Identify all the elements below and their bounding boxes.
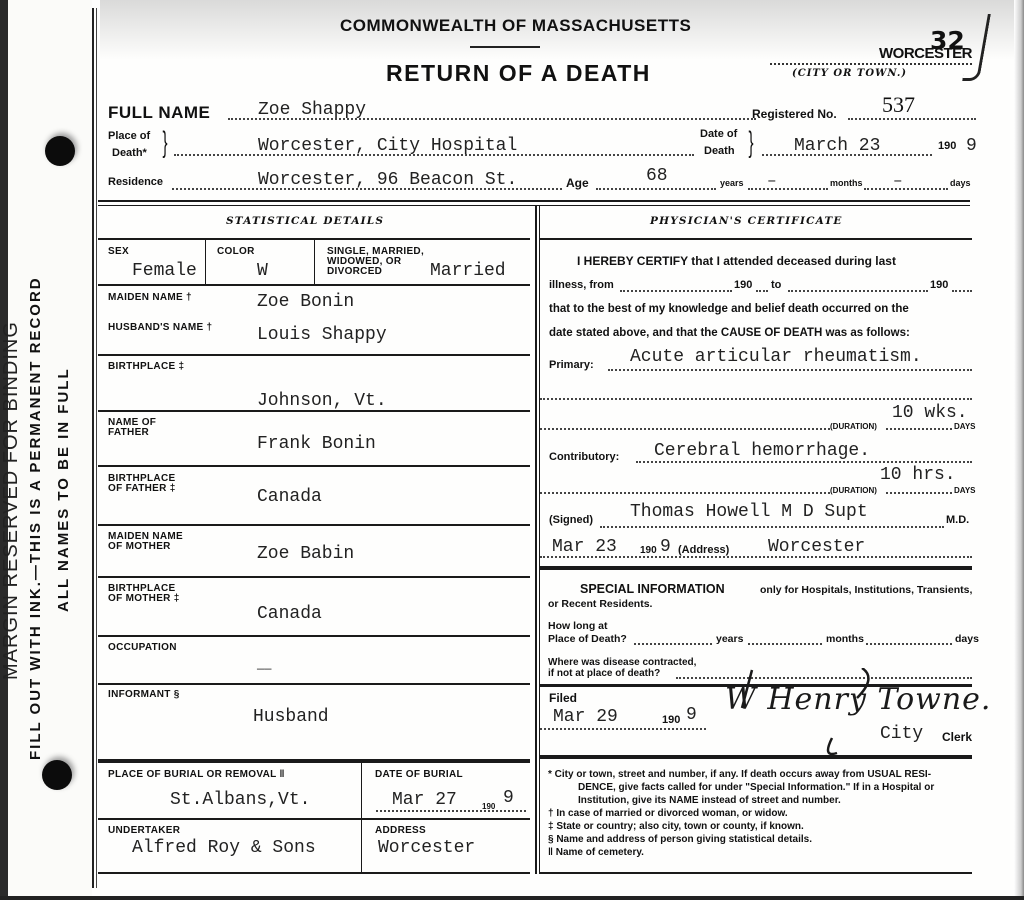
birthplace-value: Johnson, Vt. (257, 391, 387, 411)
years-label: years (720, 178, 744, 188)
marital-status-value: Married (430, 261, 506, 281)
instruction-names: ALL NAMES TO BE IN FULL (55, 367, 72, 612)
registered-no-dotted-line (848, 118, 976, 120)
how-long-months-dotted-line (748, 643, 822, 645)
burial-date-value: Mar 27 (392, 790, 457, 810)
footnote-parallel: ‖ Name of cemetery. (548, 846, 988, 859)
burial-place-value: St.Albans,Vt. (170, 790, 310, 810)
how-long-days-label: days (955, 633, 979, 645)
date-of-death-value: March 23 (794, 136, 880, 156)
how-long-years-label: years (716, 633, 743, 645)
how-long-label: How long at (548, 620, 608, 632)
column-divider-2 (539, 206, 540, 874)
date-of-death-label: Date of (700, 128, 737, 140)
filed-dotted-line (540, 728, 706, 730)
footnote-star-cont: DENCE, give facts called for under "Spec… (548, 781, 988, 794)
physician-address-label: (Address) (678, 544, 729, 556)
cell-divider (205, 240, 206, 284)
illness-from-dotted-line (620, 290, 732, 292)
burial-place-label: PLACE OF BURIAL OR REMOVAL ‖ (108, 770, 285, 780)
statistical-details-title: STATISTICAL DETAILS (226, 215, 384, 227)
thick-rule (98, 759, 530, 763)
maiden-name-label: MAIDEN NAME † (108, 293, 192, 303)
residence-label: Residence (108, 176, 163, 188)
burial-year-suffix: 9 (503, 788, 514, 808)
certify-line-3: that to the best of my knowledge and bel… (549, 303, 979, 315)
days-label: days (950, 178, 971, 188)
commonwealth-heading: COMMONWEALTH OF MASSACHUSETTS (340, 16, 691, 36)
cell-divider (314, 240, 315, 284)
punch-hole-icon (42, 760, 72, 790)
residence-value: Worcester, 96 Beacon St. (258, 170, 517, 190)
burial-date-label: DATE OF BURIAL (375, 770, 463, 780)
signed-dotted-line (600, 526, 944, 528)
certify-line-4: date stated above, and that the CAUSE OF… (549, 327, 979, 339)
frame-top-rule (98, 200, 970, 202)
physician-address-value: Worcester (768, 537, 865, 557)
frame-top-rule-2 (98, 205, 970, 206)
rule (540, 872, 972, 874)
rule (98, 635, 530, 637)
rule (98, 576, 530, 578)
occupation-value: —— (257, 662, 271, 676)
thick-rule (540, 566, 972, 570)
instruction-ink: FILL OUT WITH INK.—THIS IS A PERMANENT R… (27, 276, 44, 760)
informant-label: INFORMANT § (108, 690, 180, 700)
rule (98, 872, 530, 874)
page-bottom-edge (0, 896, 1024, 900)
rule (98, 465, 530, 467)
punch-hole-icon (45, 136, 75, 166)
footnote-star: * City or town, street and number, if an… (548, 768, 988, 781)
page-number: 32 (930, 26, 965, 55)
primary-cause-dotted-line (608, 369, 972, 371)
color-label: COLOR (217, 247, 255, 257)
signed-label: (Signed) (549, 514, 593, 526)
full-name-label: FULL NAME (108, 103, 210, 123)
how-long-days-dotted-line (866, 643, 952, 645)
dotted (756, 290, 768, 292)
days-dotted-line (864, 188, 948, 190)
how-long-label-2: Place of Death? (548, 633, 627, 645)
contributory-cause-value: Cerebral hemorrhage. (654, 441, 870, 461)
footnotes: * City or town, street and number, if an… (548, 768, 988, 859)
rule (98, 410, 530, 412)
sex-value: Female (132, 261, 197, 281)
contributory-duration-value: 10 hrs. (880, 465, 956, 485)
days-value: – (893, 172, 903, 190)
footnote-dagger: † In case of married or divorced woman, … (548, 807, 988, 820)
burial-date-dotted-line (376, 810, 526, 812)
date-of-death-year-prefix: 190 (938, 140, 956, 152)
physician-date-value: Mar 23 (552, 537, 617, 557)
footnote-double-dagger: ‡ State or country; also city, town or c… (548, 820, 988, 833)
special-info-title: SPECIAL INFORMATION (580, 582, 725, 596)
physician-certificate-title: PHYSICIAN'S CERTIFICATE (650, 215, 843, 227)
father-name-label-2: FATHER (108, 428, 149, 438)
dotted-line (886, 492, 952, 494)
duration-days-label: DAYS (954, 486, 976, 495)
duration-label: (DURATION) (830, 422, 877, 431)
rule (98, 524, 530, 526)
mother-maiden-name-label-2: OF MOTHER (108, 542, 171, 552)
heading-rule (470, 46, 540, 48)
illness-to-year: 190 (930, 279, 948, 291)
filed-year-prefix: 190 (662, 714, 680, 726)
contributory-dotted-line (636, 461, 972, 463)
registered-no-label: Registered No. (752, 107, 837, 121)
maiden-name-value: Zoe Bonin (257, 292, 354, 312)
illness-to-dotted-line (788, 290, 928, 292)
birthplace-label: BIRTHPLACE ‡ (108, 362, 184, 372)
filed-year-suffix: 9 (686, 705, 697, 725)
place-of-death-label-2: Death* (112, 147, 147, 159)
filed-label: Filed (549, 691, 577, 705)
color-value: W (257, 261, 268, 281)
father-birthplace-label-2: OF FATHER ‡ (108, 484, 176, 494)
physician-year-suffix: 9 (660, 537, 671, 557)
illness-from-year: 190 (734, 279, 752, 291)
age-dotted-line (596, 188, 716, 190)
undertaker-label: UNDERTAKER (108, 826, 180, 836)
place-of-death-label: Place of (108, 130, 150, 142)
sex-label: SEX (108, 247, 129, 257)
months-value: – (767, 172, 777, 190)
undertaker-address-value: Worcester (378, 838, 475, 858)
document-title: RETURN OF A DEATH (386, 60, 651, 87)
how-long-years-dotted-line (634, 643, 712, 645)
illness-from-label: illness, from (549, 279, 614, 291)
margin-reserved-text: MARGIN RESERVED FOR BINDING (0, 321, 23, 680)
brace-icon: } (749, 126, 754, 160)
primary-cause-label: Primary: (549, 359, 594, 371)
margin-rule (92, 8, 94, 888)
illness-to-label: to (771, 279, 781, 291)
physician-signature-value: Thomas Howell M D Supt (630, 502, 868, 522)
mother-maiden-name-value: Zoe Babin (257, 544, 354, 564)
clerk-label: Clerk (942, 730, 972, 744)
registered-no-value: 537 (882, 92, 915, 118)
place-of-death-value: Worcester, City Hospital (258, 136, 517, 156)
undertaker-value: Alfred Roy & Sons (132, 838, 316, 858)
rule (98, 354, 530, 356)
dotted-line (540, 492, 830, 494)
death-certificate-page: MARGIN RESERVED FOR BINDING FILL OUT WIT… (0, 0, 1024, 900)
husband-name-label: HUSBAND'S NAME † (108, 323, 212, 333)
dotted-line (540, 428, 830, 430)
page-edge (1014, 0, 1024, 900)
rule (98, 683, 530, 685)
dotted-line (540, 398, 972, 400)
primary-duration-value: 10 wks. (892, 403, 968, 423)
mother-birthplace-value: Canada (257, 604, 322, 624)
certify-line-1: I HEREBY CERTIFY that I attended decease… (549, 254, 979, 268)
full-name-value: Zoe Shappy (258, 100, 366, 120)
dotted-line (886, 428, 952, 430)
clerk-type-value: City (880, 724, 923, 744)
contributory-cause-label: Contributory: (549, 451, 619, 463)
physician-year-prefix: 190 (640, 545, 657, 556)
months-dotted-line (748, 188, 828, 190)
informant-value: Husband (253, 707, 329, 727)
father-birthplace-value: Canada (257, 487, 322, 507)
footnote-section: § Name and address of person giving stat… (548, 833, 988, 846)
duration-label: (DURATION) (830, 486, 877, 495)
special-info-subtitle: only for Hospitals, Institutions, Transi… (760, 584, 972, 596)
rule (540, 238, 972, 240)
filed-date-value: Mar 29 (553, 707, 618, 727)
husband-name-value: Louis Shappy (257, 325, 387, 345)
footnote-star-cont-2: Institution, give its NAME instead of st… (548, 794, 988, 807)
date-of-death-year-suffix: 9 (966, 136, 977, 156)
age-years-value: 68 (646, 166, 668, 186)
primary-cause-value: Acute articular rheumatism. (630, 347, 922, 367)
dotted (952, 290, 972, 292)
city-caption: (CITY OR TOWN.) (792, 68, 907, 79)
city-dotted-line (770, 63, 972, 65)
signature-flourish-icon (712, 668, 1022, 758)
where-contracted-label-2: if not at place of death? (548, 668, 660, 679)
md-label: M.D. (946, 514, 969, 526)
undertaker-address-label: ADDRESS (375, 826, 426, 836)
how-long-months-label: months (826, 633, 864, 645)
special-info-subtitle-2: or Recent Residents. (548, 598, 652, 610)
occupation-label: OCCUPATION (108, 643, 177, 653)
duration-days-label: DAYS (954, 422, 976, 431)
age-label: Age (566, 176, 589, 190)
father-name-value: Frank Bonin (257, 434, 376, 454)
margin-rule-inner (96, 8, 97, 888)
rule (98, 284, 530, 286)
marital-label-3: DIVORCED (327, 267, 382, 277)
brace-icon: } (163, 126, 168, 160)
date-of-death-label-2: Death (704, 145, 735, 157)
rule (98, 818, 530, 820)
months-label: months (830, 178, 863, 188)
column-divider (535, 206, 537, 874)
thick-rule (540, 755, 972, 759)
where-contracted-label: Where was disease contracted, (548, 657, 696, 668)
mother-birthplace-label-2: OF MOTHER ‡ (108, 594, 180, 604)
